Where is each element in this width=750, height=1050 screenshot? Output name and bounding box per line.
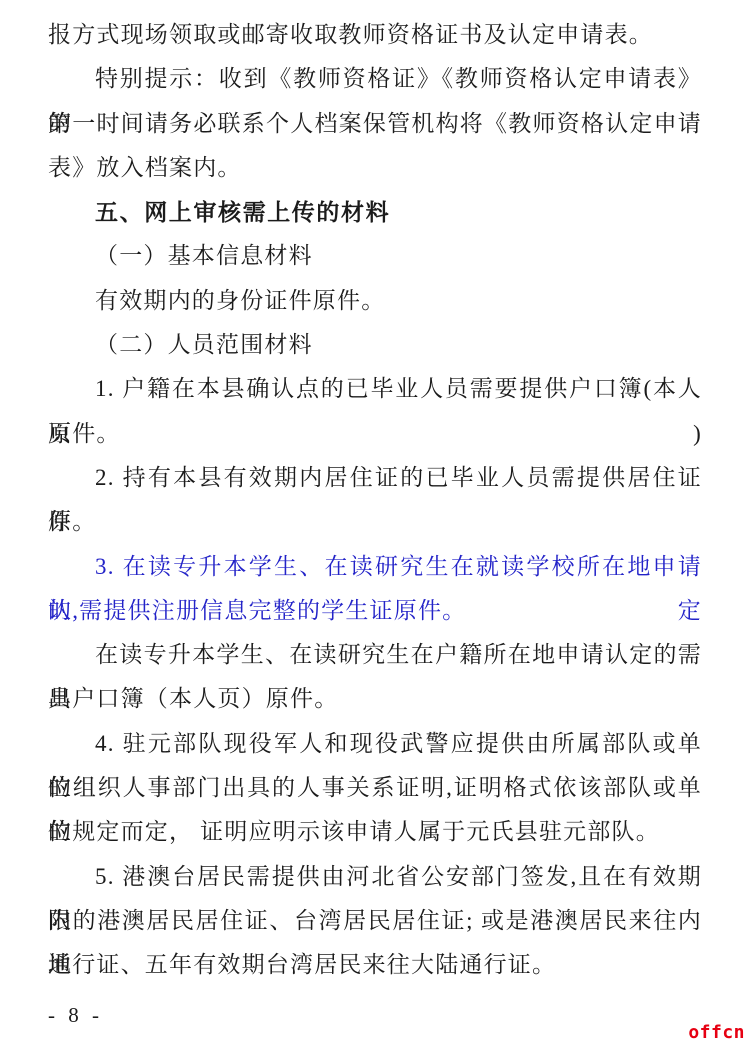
- text-line: 1. 户籍在本县确认点的已毕业人员需要提供户口簿(本人页): [48, 367, 702, 411]
- document-body: 报方式现场领取或邮寄收取教师资格证书及认定申请表。特别提示：收到《教师资格证》《…: [48, 13, 702, 988]
- text-line: 5. 港澳台居民需提供由河北省公安部门签发,且在有效期限: [48, 855, 702, 899]
- offcn-watermark: offcn: [688, 1022, 745, 1043]
- text-line: 有效期内的身份证件原件。: [48, 279, 702, 323]
- document-page: 报方式现场领取或邮寄收取教师资格证书及认定申请表。特别提示：收到《教师资格证》《…: [0, 0, 750, 1050]
- text-line: （一）基本信息材料: [48, 234, 702, 278]
- text-line: 的规定而定， 证明应明示该申请人属于元氏县驻元部队。: [48, 810, 702, 854]
- text-line: 第一时间请务必联系个人档案保管机构将《教师资格认定申请: [48, 102, 702, 146]
- page-number: - 8 -: [48, 1003, 103, 1028]
- text-line: 4. 驻元部队现役军人和现役武警应提供由所属部队或单位: [48, 722, 702, 766]
- text-line: 3. 在读专升本学生、在读研究生在就读学校所在地申请认定: [48, 545, 702, 589]
- text-line: 表》放入档案内。: [48, 146, 702, 190]
- text-line: 的组织人事部门出具的人事关系证明,证明格式依该部队或单位: [48, 766, 702, 810]
- text-line: 2. 持有本县有效期内居住证的已毕业人员需提供居住证原: [48, 456, 702, 500]
- text-line: 报方式现场领取或邮寄收取教师资格证书及认定申请表。: [48, 13, 702, 57]
- text-line: （二）人员范围材料: [48, 323, 702, 367]
- text-line: 具户口簿（本人页）原件。: [48, 677, 702, 721]
- text-line: 五、网上审核需上传的材料: [48, 190, 702, 234]
- text-line: 件。: [48, 500, 702, 544]
- text-line: 特别提示：收到《教师资格证》《教师资格认定申请表》的: [48, 57, 702, 101]
- text-line: 在读专升本学生、在读研究生在户籍所在地申请认定的需出: [48, 633, 702, 677]
- text-line: 内的港澳居民居住证、台湾居民居住证; 或是港澳居民来往内地: [48, 899, 702, 943]
- text-line: 通行证、五年有效期台湾居民来往大陆通行证。: [48, 943, 702, 987]
